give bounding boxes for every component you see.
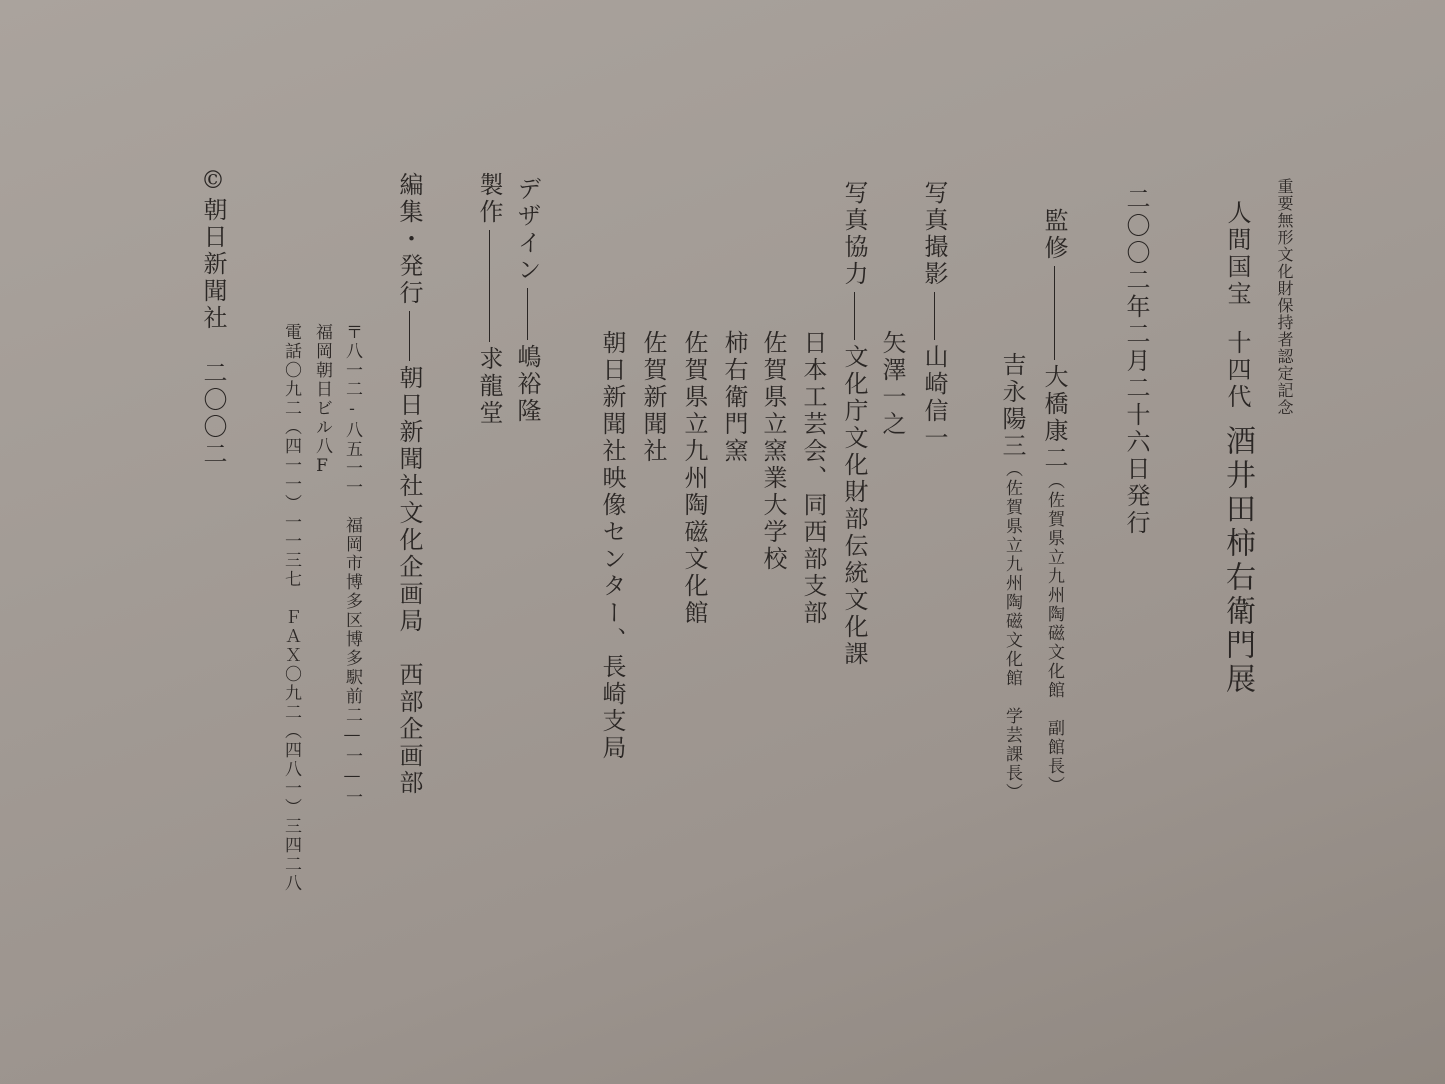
phone-fax-text: 電話〇九二（四一一）一一三七 ＦＡＸ〇九二（四八一）三四二八 xyxy=(281,323,301,893)
editing-row: 編集・発行朝日新聞社文化企画局 西部企画部 xyxy=(397,172,421,797)
cooperation-item-text: 柿右衛門窯 xyxy=(720,330,748,465)
supervisor-note: （佐賀県立九州陶磁文化館 副館長） xyxy=(1044,472,1064,795)
publish-date-text: 二〇〇二年二月二十六日発行 xyxy=(1122,186,1150,537)
address-line-1-text: 〒八一二-八五一一 福岡市博多区博多駅前二—一—一 xyxy=(342,323,362,807)
photographer-name: 矢澤一之 xyxy=(878,330,906,438)
cooperation-item: 佐賀県立窯業大学校 xyxy=(761,330,785,573)
copyright: ©朝日新聞社二〇〇二 xyxy=(201,166,225,468)
cooperation-item: 朝日新聞社映像センター、長崎支局 xyxy=(600,330,624,762)
address-line-2-text: 福岡朝日ビル八F xyxy=(312,323,332,478)
dash-rule xyxy=(1054,266,1055,360)
editing-label: 編集・発行 xyxy=(395,172,423,307)
photography-row-1: 写真撮影山崎信一 xyxy=(922,180,946,452)
cooperation-item: 文化庁文化財部伝統文化課 xyxy=(840,344,868,668)
producer-name: 求龍堂 xyxy=(475,346,503,427)
photography-label: 写真撮影 xyxy=(920,180,948,288)
design-row: デザイン嶋裕隆 xyxy=(515,176,539,425)
subtitle: 重要無形文化財保持者認定記念 xyxy=(1276,178,1292,416)
supervisor-name: 吉永陽三 xyxy=(998,352,1026,460)
supervision-label: 監修 xyxy=(1040,208,1068,262)
supervisor-note: （佐賀県立九州陶磁文化館 学芸課長） xyxy=(1002,460,1022,802)
production-row: 製作求龍堂 xyxy=(477,172,501,427)
photo-cooperation-row-1: 写真協力文化庁文化財部伝統文化課 xyxy=(842,180,866,668)
supervision-row-1: 監修大橋康二（佐賀県立九州陶磁文化館 副館長） xyxy=(1042,208,1066,795)
title-main: 酒井田柿右衛門展 xyxy=(1220,425,1255,697)
exhibition-title: 人間国宝十四代酒井田柿右衛門展 xyxy=(1222,200,1252,697)
dash-rule xyxy=(854,292,855,340)
cooperation-item: 日本工芸会、同西部支部 xyxy=(801,330,825,627)
cooperation-item-text: 日本工芸会、同西部支部 xyxy=(799,330,827,627)
cooperation-item-text: 朝日新聞社映像センター、長崎支局 xyxy=(598,330,626,762)
dash-rule xyxy=(489,230,490,342)
copyright-year: 二〇〇二 xyxy=(199,360,227,468)
address-line-1: 〒八一二-八五一一 福岡市博多区博多駅前二—一—一 xyxy=(343,323,360,807)
dash-rule xyxy=(934,292,935,340)
subtitle-text: 重要無形文化財保持者認定記念 xyxy=(1275,178,1294,416)
address-line-2: 福岡朝日ビル八F xyxy=(313,323,330,478)
dash-rule xyxy=(527,288,528,340)
copyright-holder: 朝日新聞社 xyxy=(199,197,227,332)
dash-rule xyxy=(409,311,410,361)
production-label: 製作 xyxy=(475,172,503,226)
phone-fax-line: 電話〇九二（四一一）一一三七 ＦＡＸ〇九二（四八一）三四二八 xyxy=(282,323,299,893)
copyright-icon: © xyxy=(199,166,227,197)
title-generation: 十四代 xyxy=(1223,330,1251,411)
title-prefix: 人間国宝 xyxy=(1223,200,1251,308)
photography-row-2: 矢澤一之 xyxy=(880,330,904,438)
design-label: デザイン xyxy=(513,176,541,284)
supervision-row-2: 吉永陽三（佐賀県立九州陶磁文化館 学芸課長） xyxy=(1000,352,1024,802)
cooperation-item: 佐賀県立九州陶磁文化館 xyxy=(682,330,706,627)
publish-date: 二〇〇二年二月二十六日発行 xyxy=(1124,186,1148,537)
publisher-name: 朝日新聞社文化企画局 西部企画部 xyxy=(395,365,423,797)
photo-cooperation-label: 写真協力 xyxy=(840,180,868,288)
cooperation-item-text: 佐賀県立九州陶磁文化館 xyxy=(680,330,708,627)
photographer-name: 山崎信一 xyxy=(920,344,948,452)
cooperation-item: 柿右衛門窯 xyxy=(722,330,746,465)
cooperation-item-text: 佐賀新聞社 xyxy=(639,330,667,465)
designer-name: 嶋裕隆 xyxy=(513,344,541,425)
cooperation-item: 佐賀新聞社 xyxy=(641,330,665,465)
supervisor-name: 大橋康二 xyxy=(1040,364,1068,472)
cooperation-item-text: 佐賀県立窯業大学校 xyxy=(759,330,787,573)
